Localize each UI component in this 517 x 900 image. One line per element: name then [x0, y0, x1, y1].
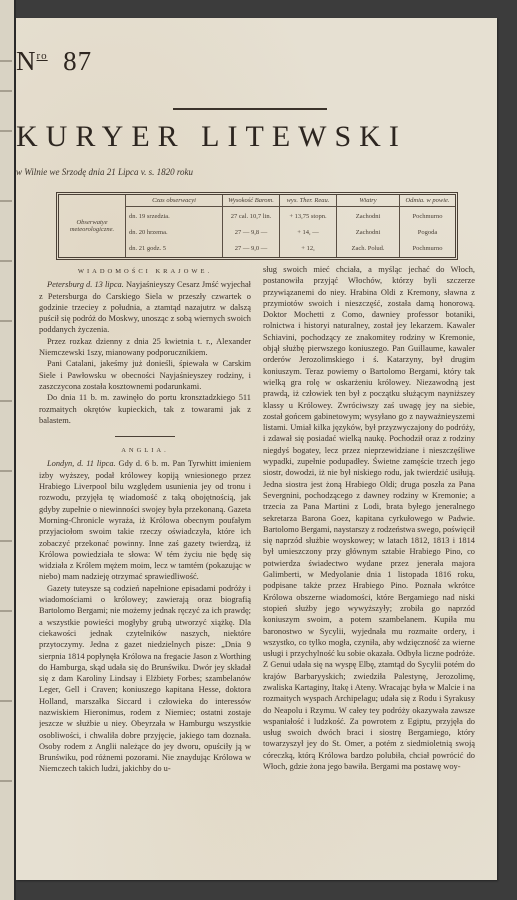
article-paragraph: Przez rozkaz dzienny z dnia 25 kwietnia … — [39, 336, 251, 359]
masthead-rule — [173, 108, 327, 110]
article-petersburg: Petersburg d. 13 lipca. Nayjaśnieyszy Ce… — [39, 279, 251, 335]
article-continuation: sług swoich mieć chciała, a myśląc jecha… — [263, 264, 475, 772]
newspaper-title: KURYER LITEWSKI — [16, 120, 497, 154]
section-heading-domestic: WIADOMOŚCI KRAJOWE. — [39, 266, 251, 277]
weather-col-thermometer: wys. Ther. Reau. + 13,75 stopn. + 14, — … — [280, 195, 337, 257]
article-paragraph: Do dnia 11 b. m. zawinęło do portu krons… — [39, 392, 251, 426]
weather-col-barometer: Wysokość Barom. 27 cal. 10,7 lin. 27 — 9… — [223, 195, 280, 257]
left-text-column: WIADOMOŚCI KRAJOWE. Petersburg d. 13 lip… — [39, 264, 251, 844]
weather-col-wind: Wiatry Zachodni Zachodni Zach. Polud. — [337, 195, 400, 257]
dateline: w Wilnie we Srzodę dnia 21 Lipca v. s. 1… — [16, 167, 497, 177]
section-heading-england: ANGLIA. — [39, 445, 251, 456]
article-columns: WIADOMOŚCI KRAJOWE. Petersburg d. 13 lip… — [39, 264, 475, 844]
section-divider — [115, 436, 175, 437]
weather-col-conditions: Odmia. w powie. Pochmurno Pogoda Pochmur… — [400, 195, 455, 257]
article-paragraph: Gazety tuteysze są codzień napełnione ep… — [39, 583, 251, 775]
article-london: Londyn, d. 11 lipca. Gdy d. 6 b. m. Pan … — [39, 458, 251, 582]
issue-number: Nro 87 — [16, 46, 497, 77]
weather-col-time: Czas obserwacyi dn. 19 srzedzia. dn. 20 … — [126, 195, 223, 257]
right-text-column: sług swoich mieć chciała, a myśląc jecha… — [263, 264, 475, 844]
article-paragraph: Pani Catalani, jakeśmy już donieśli, śpi… — [39, 358, 251, 392]
adjacent-page-edge — [0, 0, 16, 900]
newspaper-page: Nro 87 KURYER LITEWSKI w Wilnie we Srzod… — [16, 18, 497, 880]
weather-table-label: Obserwatye meteorologiczne. — [59, 195, 126, 257]
weather-observation-table: Obserwatye meteorologiczne. Czas obserwa… — [56, 192, 458, 260]
